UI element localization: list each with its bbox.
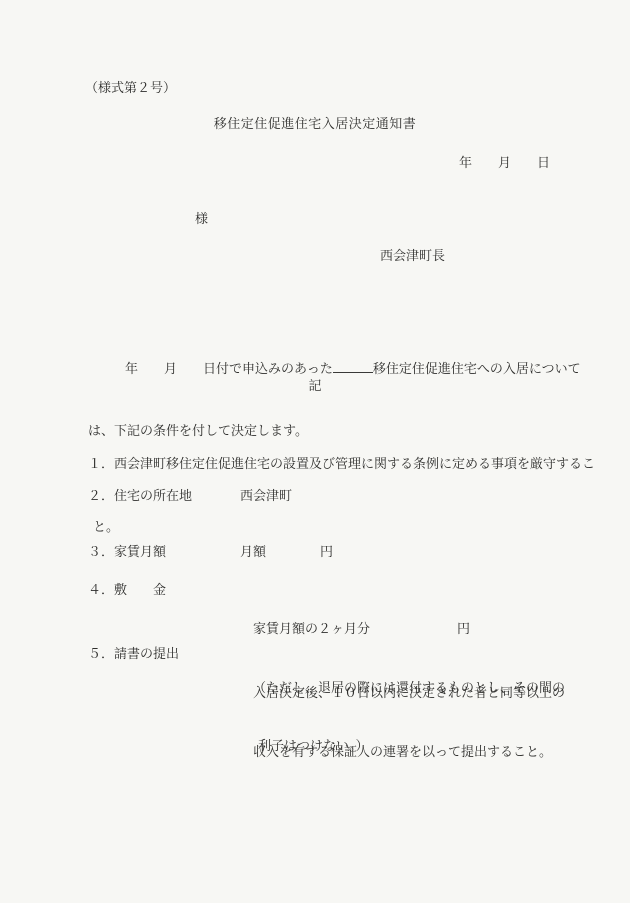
condition-item-2-label: ２．住宅の所在地 — [88, 486, 192, 506]
monthly-rent-unit: 円 — [320, 542, 333, 562]
written-pledge-line-2: 収入を有する保証人の連署を以って提出すること。 — [253, 742, 565, 762]
monthly-rent-value: 月額円 — [240, 542, 266, 562]
monthly-rent-prefix: 月額 — [240, 544, 266, 559]
deposit-amount: 家賃月額の２ヶ月分 — [253, 621, 370, 636]
condition-item-4-label: ４．敷 金 — [88, 580, 166, 600]
section-marker: 記 — [0, 376, 630, 396]
written-pledge-value: 入居決定後、１０日以内に決定された者と同等以上の 収入を有する保証人の連署を以っ… — [253, 644, 565, 800]
deposit-unit: 円 — [457, 619, 470, 639]
applicant-name-blank — [333, 361, 373, 373]
deposit-amount-line: 家賃月額の２ヶ月分円 — [253, 619, 565, 639]
written-pledge-line-1: 入居決定後、１０日以内に決定された者と同等以上の — [253, 683, 565, 703]
condition-item-1-line-1: １．西会津町移住定住促進住宅の設置及び管理に関する条例に定める事項を厳守するこ — [88, 453, 595, 474]
date-line: 年 月 日 — [459, 153, 550, 173]
document-title: 移住定住促進住宅入居決定通知書 — [0, 114, 630, 134]
document-page: （様式第２号） 移住定住促進住宅入居決定通知書 年 月 日 様 西会津町長 年 … — [0, 0, 630, 903]
condition-item-5-label: ５．請書の提出 — [88, 644, 179, 664]
housing-location-value: 西会津町 — [240, 486, 292, 506]
sender-title: 西会津町長 — [380, 246, 445, 266]
condition-item-3-label: ３．家賃月額 — [88, 542, 166, 562]
addressee-honorific: 様 — [195, 209, 208, 229]
form-number: （様式第２号） — [85, 78, 176, 98]
body-line1-suffix: 移住定住促進住宅への入居について — [373, 361, 581, 376]
body-line1-prefix: 年 月 日付で申込みのあった — [125, 361, 333, 376]
condition-item-1-line-2: と。 — [88, 516, 595, 537]
